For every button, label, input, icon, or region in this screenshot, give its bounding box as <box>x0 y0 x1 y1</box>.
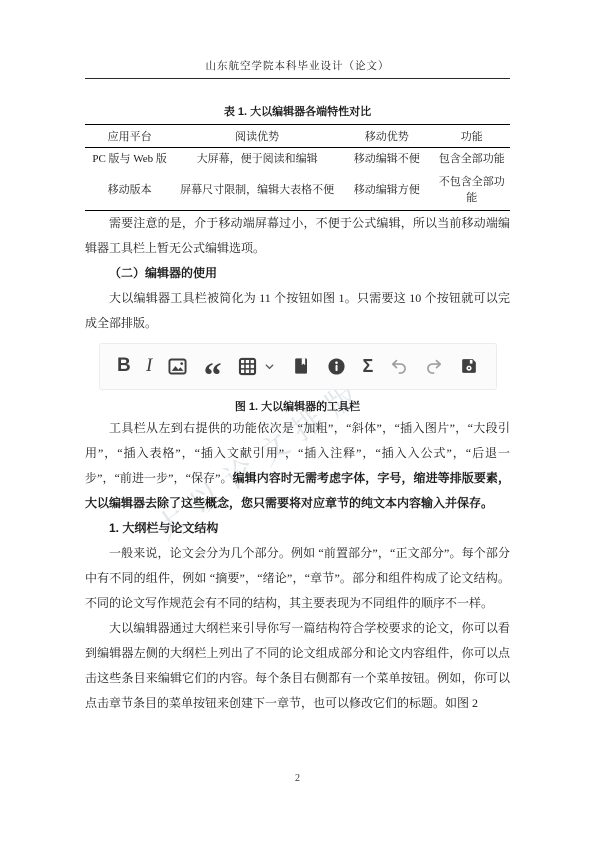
section-heading-outline: 1. 大纲栏与论文结构 <box>85 516 510 541</box>
table-header-cell: 应用平台 <box>85 125 174 148</box>
toolbar-figure-image: B I “ Σ <box>99 343 497 390</box>
running-header: 山东航空学院本科毕业设计（论文） <box>85 58 510 79</box>
comparison-table: 应用平台 阅读优势 移动优势 功能 PC 版与 Web 版 大屏幕，便于阅读和编… <box>85 124 510 211</box>
undo-icon <box>389 354 409 378</box>
table-cell: 包含全部功能 <box>434 148 511 171</box>
paragraph: 工具栏从左到右提供的功能依次是 “加粗”，“斜体”，“插入图片”，“大段引用”，… <box>85 416 510 516</box>
save-icon <box>459 354 479 378</box>
table-row: PC 版与 Web 版 大屏幕，便于阅读和编辑 移动编辑不便 包含全部功能 <box>85 148 510 171</box>
table-cell: 屏幕尺寸限制，编辑大表格不便 <box>174 171 340 211</box>
table-cell: 大屏幕，便于阅读和编辑 <box>174 148 340 171</box>
formula-sigma-icon: Σ <box>362 354 373 378</box>
table-cell: 移动编辑方便 <box>340 171 434 211</box>
page-number: 2 <box>0 773 595 784</box>
paragraph: 一般来说，论文会分为几个部分。例如 “前置部分”，“正文部分”。每个部分中有不同… <box>85 541 510 616</box>
table-title: 表 1. 大以编辑器各端特性对比 <box>85 103 510 119</box>
table-cell: 不包含全部功能 <box>434 171 511 211</box>
paragraph: 大以编辑器工具栏被简化为 11 个按钮如图 1。只需要这 10 个按钮就可以完成… <box>85 286 510 336</box>
redo-icon <box>424 354 444 378</box>
chevron-down-icon <box>263 354 276 378</box>
table-header-cell: 功能 <box>434 125 511 148</box>
table-dropdown-group <box>237 354 276 378</box>
table-header-cell: 阅读优势 <box>174 125 340 148</box>
bold-icon: B <box>117 354 131 378</box>
table-cell: 移动编辑不便 <box>340 148 434 171</box>
table-header-row: 应用平台 阅读优势 移动优势 功能 <box>85 125 510 148</box>
paragraph: 大以编辑器通过大纲栏来引导你写一篇结构符合学校要求的论文，你可以看到编辑器左侧的… <box>85 616 510 716</box>
info-icon <box>326 354 347 378</box>
paragraph: 需要注意的是，介于移动端屏幕过小，不便于公式编辑，所以当前移动端编辑器工具栏上暂… <box>85 211 510 261</box>
image-icon <box>167 354 188 378</box>
document-page: 山东航空学院本科毕业设计（论文） 大以论文排版 表 1. 大以编辑器各端特性对比… <box>0 0 595 842</box>
blockquote-icon: “ <box>204 354 222 378</box>
table-row: 移动版本 屏幕尺寸限制，编辑大表格不便 移动编辑方便 不包含全部功能 <box>85 171 510 211</box>
table-cell: 移动版本 <box>85 171 174 211</box>
table-icon <box>237 354 258 378</box>
figure-caption: 图 1. 大以编辑器的工具栏 <box>85 398 510 414</box>
table-header-cell: 移动优势 <box>340 125 434 148</box>
italic-icon: I <box>146 354 152 378</box>
citation-book-icon <box>291 354 311 378</box>
section-heading-editor-usage: （二）编辑器的使用 <box>85 261 510 286</box>
table-cell: PC 版与 Web 版 <box>85 148 174 171</box>
page-content: 表 1. 大以编辑器各端特性对比 应用平台 阅读优势 移动优势 功能 PC 版与… <box>85 95 510 716</box>
